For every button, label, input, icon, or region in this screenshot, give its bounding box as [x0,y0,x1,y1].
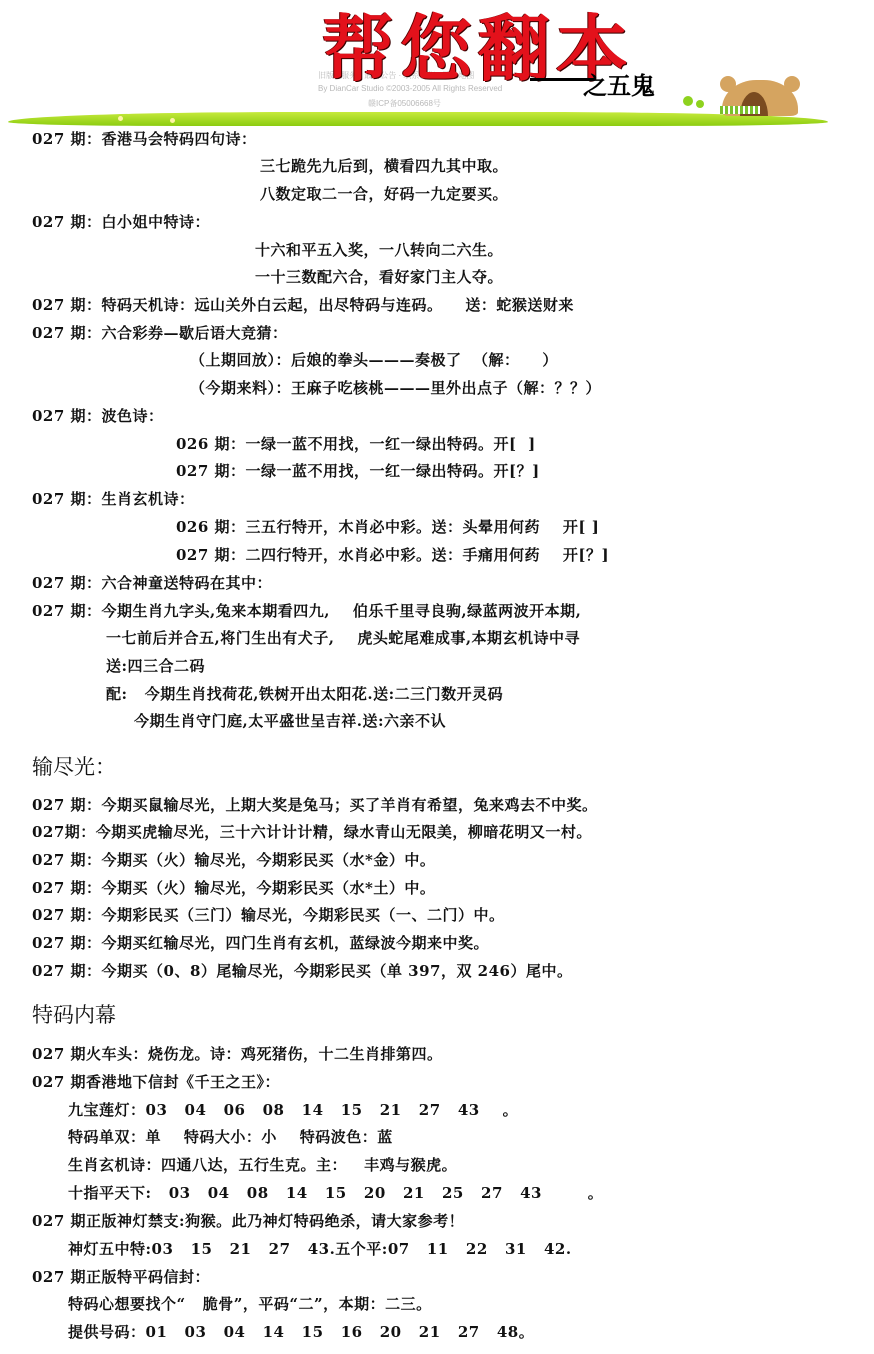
period-line: 027 期：今期买（0、8）尾输尽光，今期彩民买（单 397，双 246）尾中。 [32,961,572,981]
period-line: 027期：今期买虎输尽光，三十六计计计精，绿水青山无限美，柳暗花明又一村。 [32,822,592,842]
period-line: 027 期：今期买红输尽光，四门生肖有玄机，蓝绿波今期来中奖。 [32,933,489,953]
section-heading-lose-all: 输尽光： [32,754,116,780]
poem-line: 026 期：三五行特开，木肖必中彩。送：头晕用何药 开[ ] [176,517,599,537]
tree-decoration [696,100,704,108]
flower-decoration [170,118,175,123]
number-line: 十指平天下: 03 04 08 14 15 20 21 25 27 43 。 [68,1183,603,1203]
period-line: 027 期：今期买鼠输尽光，上期大奖是兔马；买了羊肖有希望，兔来鸡去不中奖。 [32,795,598,815]
period-line: 027 期：今期买（火）输尽光，今期彩民买（水*土）中。 [32,878,435,898]
period-line: 027 期：今期彩民买（三门）输尽光，今期彩民买（一、二门）中。 [32,905,505,925]
period-line: 027 期火车头：烧伤龙。诗：鸡死猪伤，十二生肖排第四。 [32,1044,443,1064]
poem-line: 027 期：二四行特开，水肖必中彩。送：手痛用何药 开[？] [176,545,609,565]
tree-decoration [683,96,693,106]
poem-line: 一十三数配六合，看好家门主人夺。 [255,267,503,287]
flower-decoration [118,116,123,121]
poem-line: 送:四三合二码 [106,656,205,676]
poem-line: 今期生肖守门庭,太平盛世呈吉祥.送:六亲不认 [134,711,446,731]
section-heading-inside: 特码内幕 [32,1002,116,1028]
poem-line: 特码心想要找个“ 脆骨”，平码“二”，本期：二三。 [68,1294,432,1314]
number-line: 提供号码：01 03 04 14 15 16 20 21 27 48。 [68,1322,534,1342]
period-line: 027 期香港地下信封《千王之王》： [32,1072,280,1092]
fence-decoration [720,106,760,114]
poem-line: 配: 今期生肖找荷花,铁树开出太阳花.送:二三门数开灵码 [106,684,503,704]
number-line: 神灯五中特:03 15 21 27 43.五个平:07 11 22 31 42. [68,1239,572,1259]
banner-subtitle: 之五鬼 [583,66,655,101]
period-line: 027 期：特码天机诗：远山关外白云起，出尽特码与连码。 送：蛇猴送财来 [32,295,574,315]
riddle-line: （上期回放）：后娘的拳头———奏极了 （解： ） [190,350,558,370]
period-line: 027 期：波色诗： [32,406,164,426]
period-line: 027 期：六合神童送特码在其中： [32,573,272,593]
poem-line: 027 期：一绿一蓝不用找，一红一绿出特码。开[？] [176,461,540,481]
number-line: 九宝莲灯：03 04 06 08 14 15 21 27 43 。 [68,1100,518,1120]
banner: 旧版 · 服务 · 最新公告 · 联系我们 · 网站地图 By DianCar … [0,0,874,130]
poem-line: 026 期：一绿一蓝不用找，一红一绿出特码。开[ ] [176,434,536,454]
riddle-line: （今期来料）：王麻子吃核桃———里外出点子（解：？？） [190,378,601,398]
period-line: 027 期正版神灯禁支:狗猴。此乃神灯特码绝杀，请大家参考！ [32,1211,464,1231]
period-line: 027 期：六合彩券—歇后语大竞猜： [32,323,288,343]
grass-decoration [8,112,828,126]
poem-line: 三七跪先九后到，横看四九其中取。 [260,156,508,176]
poem-line: 生肖玄机诗：四通八达，五行生克。主： 丰鸡与猴虎。 [68,1155,457,1175]
poem-line: 十六和平五入奖，一八转向二六生。 [255,240,503,260]
attribute-line: 特码单双：单 特码大小：小 特码波色：蓝 [68,1127,393,1147]
period-line: 027 期：今期买（火）输尽光，今期彩民买（水*金）中。 [32,850,435,870]
period-line: 027 期：白小姐中特诗： [32,212,210,232]
period-line: 027 期：生肖玄机诗： [32,489,195,509]
poem-line: 一七前后并合五,将门生出有犬子, 虎头蛇尾难成事,本期玄机诗中寻 [106,628,580,648]
banner-copyright-line: 赣ICP备05006668号 [368,98,441,109]
period-line: 027 期正版特平码信封： [32,1267,210,1287]
period-line: 027 期：香港马会特码四句诗： [32,129,257,149]
poem-line: 八数定取二一合，好码一九定要买。 [260,184,508,204]
period-line: 027 期：今期生肖九字头,兔来本期看四九, 伯乐千里寻良驹,绿蓝两波开本期, [32,601,581,621]
